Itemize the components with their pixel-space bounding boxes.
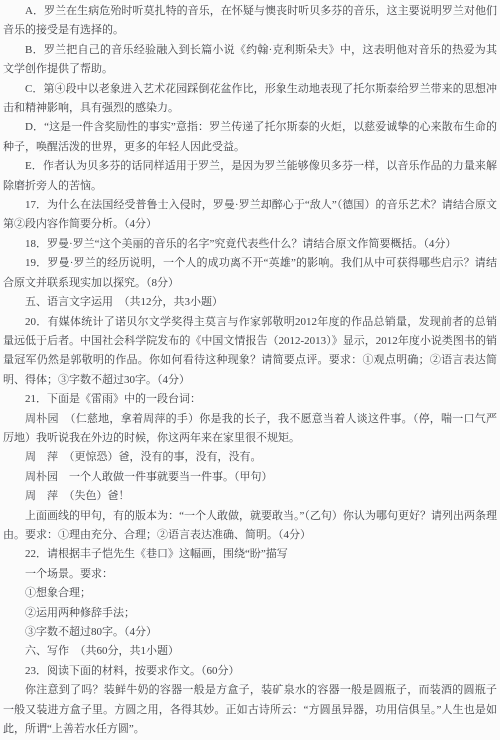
paragraph: 周 萍 （更惊恐）爸，没有的事，没有，没有。 [3,448,497,467]
paragraph: 周朴园 （仁慈地，拿着周萍的手）你是我的长子，我不愿意当着人谈这件事。（停，喘一… [3,410,497,449]
paragraph: 六、写作 （共60分，共1小题） [3,642,497,661]
paragraph: 19．罗曼·罗兰的经历说明，一个人的成功离不开“英雄”的影响。我们从中可获得哪些… [3,254,497,293]
paragraph: 你注意到了吗？装鲜牛奶的容器一般是方盒子，装矿泉水的容器一般是圆瓶子，而装酒的圆… [3,681,497,739]
paragraph: 23．阅读下面的材料，按要求作文。（60分） [3,662,497,681]
paragraph: A．罗兰在生病危殆时听莫扎特的音乐，在怀疑与懊丧时听贝多芬的音乐，这主要说明罗兰… [3,2,497,41]
paragraph: B．罗兰把自己的音乐经验融入到长篇小说《约翰·克利斯朵夫》中，这表明他对音乐的热… [3,41,497,80]
paragraph: 一个场景。要求： [3,565,497,584]
paragraph: D．“这是一件含奖励性的事实”意指：罗兰传递了托尔斯泰的火炬，以慈爱诚挚的心来散… [3,118,497,157]
paragraph: 21．下面是《雷雨》中的一段台词： [3,390,497,409]
paragraph: 18．罗曼·罗兰“这个美丽的音乐的名字”究竟代表些什么？请结合原文作简要概括。（… [3,235,497,254]
exam-page: A．罗兰在生病危殆时听莫扎特的音乐，在怀疑与懊丧时听贝多芬的音乐，这主要说明罗兰… [0,0,500,740]
paragraph: E．作者认为贝多芬的话同样适用于罗兰，是因为罗兰能够像贝多芬一样，以音乐作品的力… [3,157,497,196]
paragraph: 周 萍 （失色）爸！ [3,487,497,506]
exam-text: A．罗兰在生病危殆时听莫扎特的音乐，在怀疑与懊丧时听贝多芬的音乐，这主要说明罗兰… [3,2,497,739]
paragraph: 五、语言文字运用 （共12分，共3小题） [3,293,497,312]
paragraph: ②运用两种修辞手法； [3,604,497,623]
paragraph: ③字数不超过80字。（4分） [3,623,497,642]
paragraph: 17．为什么在法国经受普鲁士入侵时，罗曼·罗兰却醉心于“敌人”（德国）的音乐艺术… [3,196,497,235]
paragraph: 22．请根据丰子恺先生《巷口》这幅画，围绕“盼”描写 [3,545,497,564]
paragraph: 上面画线的甲句，有的版本为：“一个人敢做，就要敢当。”（乙句）你认为哪句更好？请… [3,507,497,546]
paragraph: C．第④段中以老象进入艺术花园踩倒花盆作比，形象生动地表现了托尔斯泰给罗兰带来的… [3,80,497,119]
paragraph: 周朴园 一个人敢做一件事就要当一件事。（甲句） [3,468,497,487]
paragraph: 20．有媒体统计了诺贝尔文学奖得主莫言与作家郭敬明2012年度的作品总销量，发现… [3,313,497,391]
paragraph: ①想象合理； [3,584,497,603]
